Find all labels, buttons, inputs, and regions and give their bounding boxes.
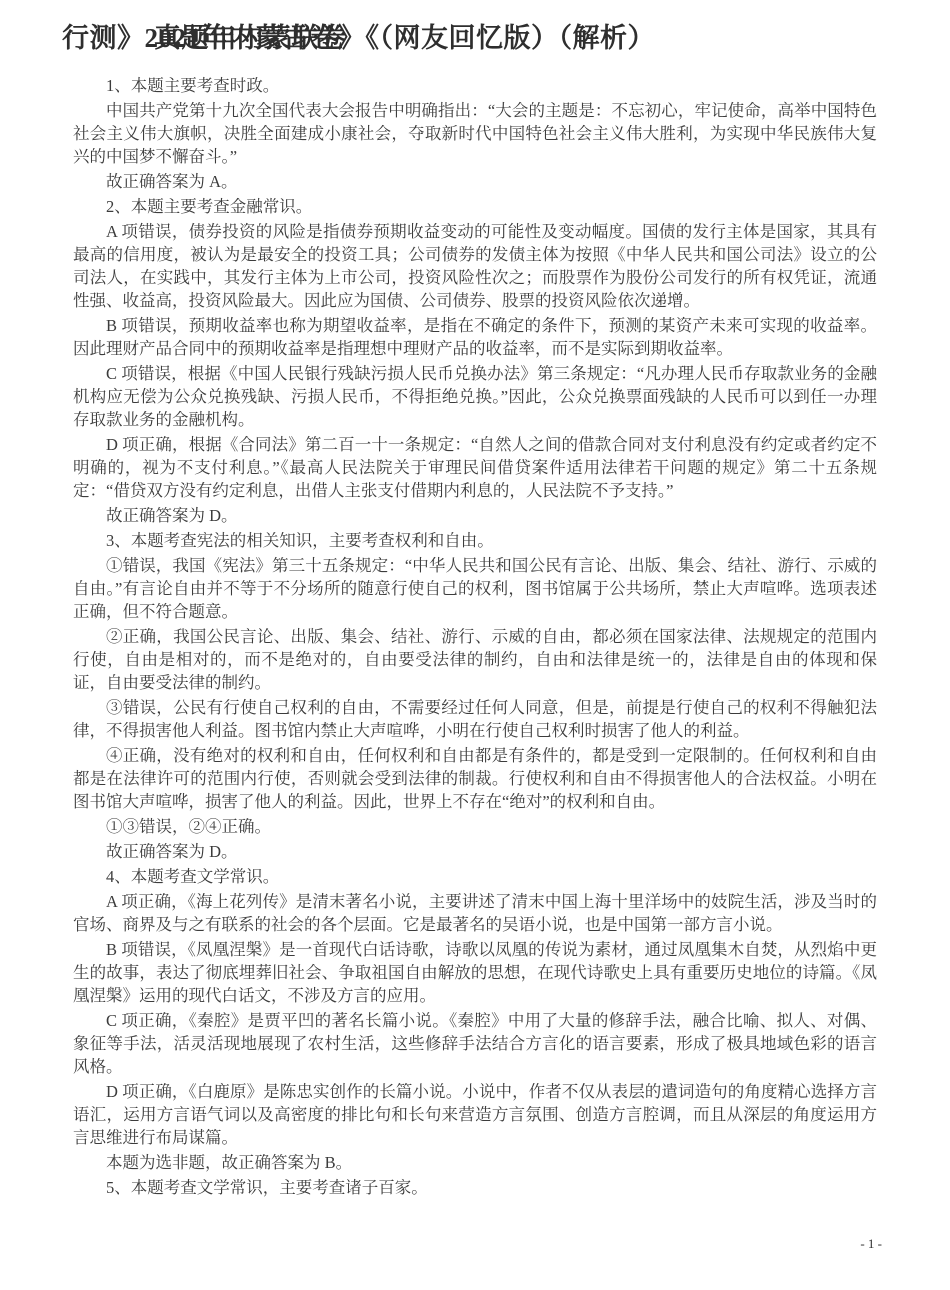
paragraph: ④正确，没有绝对的权利和自由，任何权利和自由都是有条件的，都是受到一定限制的。任… <box>73 744 877 813</box>
paragraph: 中国共产党第十九次全国代表大会报告中明确指出：“大会的主题是：不忘初心，牢记使命… <box>73 99 877 168</box>
paragraph: 故正确答案为 D。 <box>73 504 877 527</box>
paragraph: 故正确答案为 A。 <box>73 170 877 193</box>
document-body: 1、本题主要考查时政。 中国共产党第十九次全国代表大会报告中明确指出：“大会的主… <box>0 64 950 1199</box>
paragraph: B 项错误，《凤凰涅槃》是一首现代白话诗歌，诗歌以凤凰的传说为素材，通过凤凰集木… <box>73 938 877 1007</box>
paragraph: ②正确，我国公民言论、出版、集会、结社、游行、示威的自由，都必须在国家法律、法规… <box>73 625 877 694</box>
paragraph: ①错误，我国《宪法》第三十五条规定：“中华人民共和国公民有言论、出版、集会、结社… <box>73 554 877 623</box>
paragraph: D 项正确，《白鹿原》是陈忠实创作的长篇小说。小说中，作者不仅从表层的遣词造句的… <box>73 1080 877 1149</box>
paragraph: 2、本题主要考查金融常识。 <box>73 195 877 218</box>
document-page: 行测》2021年内蒙古卷》《（网友回忆版）（解析） 真题年内蒙联卷 1、本题主要… <box>0 0 950 1290</box>
paragraph: C 项正确，《秦腔》是贾平凹的著名长篇小说。《秦腔》中用了大量的修辞手法，融合比… <box>73 1009 877 1078</box>
paragraph: D 项正确，根据《合同法》第二百一十一条规定：“自然人之间的借款合同对支付利息没… <box>73 433 877 502</box>
paragraph: 5、本题考查文学常识，主要考查诸子百家。 <box>73 1176 877 1199</box>
paragraph: 本题为选非题，故正确答案为 B。 <box>73 1151 877 1174</box>
title-text-layer-a: 行测》2021年内蒙古卷》《（网友回忆版）（解析） <box>62 16 655 55</box>
paragraph: 故正确答案为 D。 <box>73 840 877 863</box>
paragraph: ①③错误，②④正确。 <box>73 815 877 838</box>
paragraph: 4、本题考查文学常识。 <box>73 865 877 888</box>
page-number: - 1 - <box>860 1236 882 1251</box>
page-footer: - 1 - <box>860 1236 882 1252</box>
title-text-layer-b: 真题年内蒙联卷 <box>154 16 347 55</box>
paragraph: 1、本题主要考查时政。 <box>73 74 877 97</box>
document-title: 行测》2021年内蒙古卷》《（网友回忆版）（解析） 真题年内蒙联卷 <box>62 16 878 58</box>
paragraph: A 项正确，《海上花列传》是清末著名小说，主要讲述了清末中国上海十里洋场中的妓院… <box>73 890 877 936</box>
paragraph: C 项错误，根据《中国人民银行残缺污损人民币兑换办法》第三条规定：“凡办理人民币… <box>73 362 877 431</box>
paragraph: B 项错误，预期收益率也称为期望收益率，是指在不确定的条件下，预测的某资产未来可… <box>73 314 877 360</box>
paragraph: ③错误，公民有行使自己权利的自由，不需要经过任何人同意，但是，前提是行使自己的权… <box>73 696 877 742</box>
paragraph: 3、本题考查宪法的相关知识，主要考查权利和自由。 <box>73 529 877 552</box>
paragraph: A 项错误，债券投资的风险是指债券预期收益变动的可能性及变动幅度。国债的发行主体… <box>73 220 877 312</box>
